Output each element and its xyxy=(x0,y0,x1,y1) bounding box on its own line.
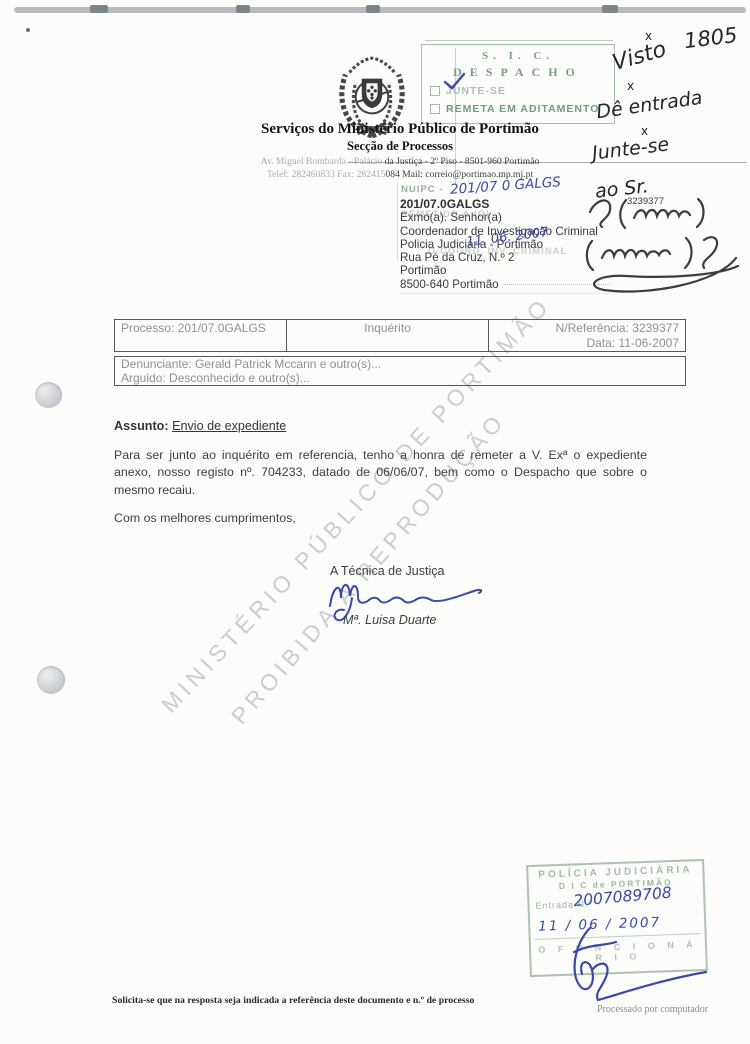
hole-punch xyxy=(35,382,62,408)
faded-stamp-nuipc: NUIPC - xyxy=(401,184,443,195)
handwritten-code: 1805 xyxy=(683,23,739,53)
signer-name: Mª. Luisa Duarte xyxy=(343,613,437,627)
section-name: Secção de Processos xyxy=(165,139,635,154)
subject-line: Assunto: Envio de expediente xyxy=(114,419,286,433)
x-mark-icon: x xyxy=(641,124,648,138)
addressee-line: Portimão xyxy=(400,264,598,277)
closing-line: Com os melhores cumprimentos, xyxy=(114,511,296,525)
addressee-line: Rua Pé da Cruz, N.º 2 xyxy=(400,251,598,264)
scan-mark xyxy=(236,5,250,13)
footer-note: Solicita-se que na resposta seja indicad… xyxy=(112,995,474,1006)
stamp-option-label: REMETA EM ADITAMENTO xyxy=(446,103,599,115)
hole-punch xyxy=(37,666,65,694)
subject-value: Envio de expediente xyxy=(172,419,286,433)
cell-referencia-data: N/Referência: 3239377 Data: 11-06-2007 xyxy=(489,320,685,351)
process-reference: 201/07.0GALGS xyxy=(400,198,598,211)
cell-referencia: N/Referência: 3239377 xyxy=(495,321,679,336)
check-icon xyxy=(443,72,467,92)
processed-by-note: Processado por computador xyxy=(597,1004,708,1015)
table-row: Processo: 201/07.0GALGS Inquérito N/Refe… xyxy=(114,319,686,352)
stamp-option-remeta: REMETA EM ADITAMENTO xyxy=(430,103,599,115)
x-mark-icon: x xyxy=(627,79,634,93)
scan-mark xyxy=(90,5,108,13)
stamp-option-junte-se: JUNTE-SE xyxy=(430,85,506,97)
letterhead: Serviços do Ministério Público de Portim… xyxy=(165,121,635,180)
handwritten-scribble-signature xyxy=(586,196,750,301)
faded-stamp-edge xyxy=(397,183,398,261)
contact-line: Telef: 282460833 Fax: 282415084 Mail: co… xyxy=(165,169,635,180)
handwritten-visto: Visto xyxy=(610,37,669,76)
stamp-outer-line xyxy=(425,40,613,41)
cell-arguido: Arguido: Desconhecido e outro(s)... xyxy=(121,372,679,386)
funcionario-initials-signature xyxy=(560,922,710,1004)
stamp-title: S. I. C. xyxy=(422,50,614,62)
cell-data: Data: 11-06-2007 xyxy=(495,336,679,351)
cell-processo: Processo: 201/07.0GALGS xyxy=(115,320,287,351)
address-line: Av. Miguel Bombarda - Palácio da Justiça… xyxy=(165,156,635,167)
cell-denunciante: Denunciante: Gerald Patrick Mccann e out… xyxy=(121,358,679,372)
x-mark-icon: x xyxy=(645,29,652,43)
scan-mark xyxy=(366,5,380,13)
body-paragraph: Para ser junto ao inquérito em referenci… xyxy=(114,447,647,499)
cell-tipo: Inquérito xyxy=(287,320,489,351)
scan-mark xyxy=(602,5,618,13)
process-reference-table: Processo: 201/07.0GALGS Inquérito N/Refe… xyxy=(114,319,686,386)
org-name: Serviços do Ministério Público de Portim… xyxy=(165,121,635,138)
stamp-dotted-line xyxy=(399,293,610,294)
checkbox-icon xyxy=(430,104,440,114)
addressee-line: 8500-640 Portimão xyxy=(400,278,598,291)
document-page: MINISTÉRIO PÚBLICO DE PORTIMÃO PROIBIDA … xyxy=(0,0,750,1044)
checkbox-icon xyxy=(430,86,440,96)
subject-label: Assunto: xyxy=(114,419,169,433)
table-row: Denunciante: Gerald Patrick Mccann e out… xyxy=(114,356,686,386)
scan-dot xyxy=(26,28,30,32)
addressee-line: Exmo(a). Senhor(a) xyxy=(400,211,598,224)
scan-edge-bar xyxy=(14,7,746,13)
